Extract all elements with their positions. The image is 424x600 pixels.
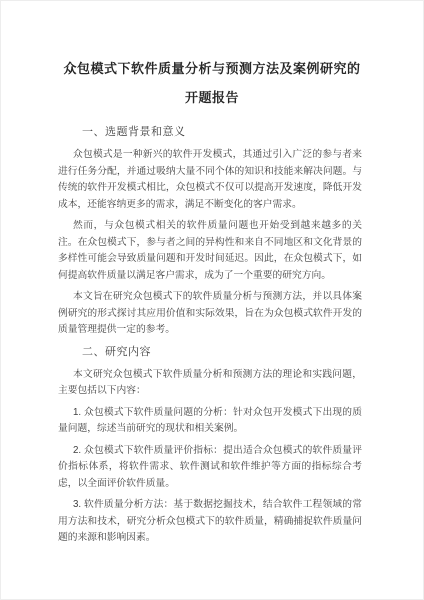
document-title: 众包模式下软件质量分析与预测方法及案例研究的 开题报告 xyxy=(0,0,424,112)
document-title-line-1: 众包模式下软件质量分析与预测方法及案例研究的 xyxy=(0,54,424,83)
document-page: 众包模式下软件质量分析与预测方法及案例研究的 开题报告 一、选题背景和意义 众包… xyxy=(0,0,424,600)
list-item-1: 1. 众包模式下软件质量问题的分析：针对众包开发模式下出现的质量问题，综述当前研… xyxy=(58,405,362,438)
section-heading-research-content: 二、研究内容 xyxy=(58,344,362,361)
list-item-3: 3. 软件质量分析方法：基于数据挖掘技术，结合软件工程领域的常用方法和技术，研究… xyxy=(58,497,362,547)
paragraph: 本文旨在研究众包模式下的软件质量分析与预测方法，并以具体案例研究的形式探讨其应用… xyxy=(58,289,362,339)
paragraph: 然而，与众包模式相关的软件质量问题也开始受到越来越多的关注。在众包模式下，参与者… xyxy=(58,218,362,284)
list-item-2: 2. 众包模式下软件质量评价指标：提出适合众包模式的软件质量评价指标体系，将软件… xyxy=(58,443,362,493)
paragraph: 本文研究众包模式下软件质量分析和预测方法的理论和实践问题，主要包括以下内容： xyxy=(58,367,362,400)
paragraph: 众包模式是一种新兴的软件开发模式，其通过引入广泛的参与者来进行任务分配，并通过吸… xyxy=(58,147,362,213)
section-heading-background-significance: 一、选题背景和意义 xyxy=(58,124,362,141)
document-title-line-2: 开题报告 xyxy=(0,83,424,112)
document-body: 一、选题背景和意义 众包模式是一种新兴的软件开发模式，其通过引入广泛的参与者来进… xyxy=(58,124,362,547)
